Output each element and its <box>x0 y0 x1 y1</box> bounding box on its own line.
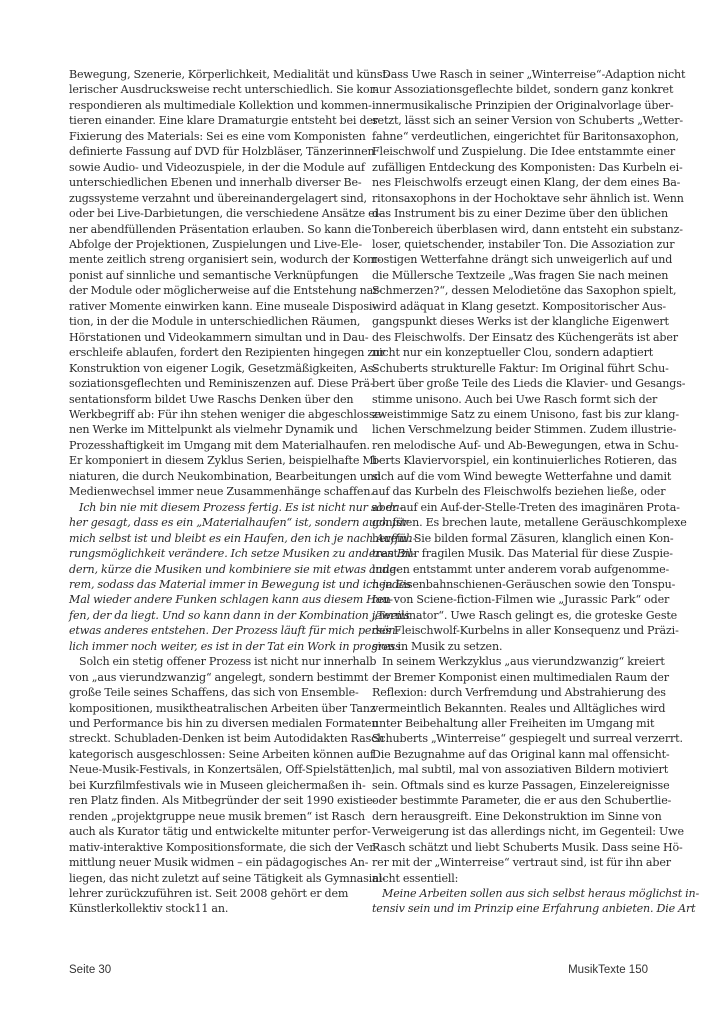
text-line: kategorisch ausgeschlossen: Seine Arbeit… <box>69 747 347 762</box>
text-line: wird adäquat in Klang gesetzt. Komposito… <box>372 299 647 314</box>
text-line: mativ-interaktive Kompositionsformate, d… <box>69 840 347 855</box>
text-line: Konstruktion von eigener Logik, Gesetzmä… <box>69 361 347 376</box>
text-line: Solch ein stetig offener Prozess ist nic… <box>69 654 347 669</box>
text-line: trast zur fragilen Musik. Das Material f… <box>372 546 647 561</box>
text-line: Tonbereich überblasen wird, dann entsteh… <box>372 222 647 237</box>
text-line: nur Assoziationsgeflechte bildet, sonder… <box>372 82 647 97</box>
text-line: Mal wieder andere Funken schlagen kann a… <box>69 592 347 607</box>
text-line: gonisten. Es brechen laute, metallene Ge… <box>372 515 647 530</box>
text-line: Abfolge der Projektionen, Zuspielungen u… <box>69 237 347 252</box>
text-line: rungsmöglichkeit verändere. Ich setze Mu… <box>69 546 347 561</box>
text-line: bert über große Teile des Lieds die Klav… <box>372 376 647 391</box>
text-line: Bewegung, Szenerie, Körperlichkeit, Medi… <box>69 67 347 82</box>
text-line: streckt. Schubladen-Denken ist beim Auto… <box>69 731 347 746</box>
text-line: mente zeitlich streng organisiert sein, … <box>69 252 347 267</box>
text-line: zugssysteme verzahnt und übereinandergel… <box>69 191 347 206</box>
text-line: stimme unisono. Auch bei Uwe Rasch formt… <box>372 392 647 407</box>
text-line: kompositionen, musiktheatralischen Arbei… <box>69 701 347 716</box>
text-line: niaturen, die durch Neukombination, Bear… <box>69 469 347 484</box>
text-line: innermusikalische Prinzipien der Origina… <box>372 98 647 113</box>
text-line: nen Werke im Mittelpunkt als vielmehr Dy… <box>69 422 347 437</box>
text-line: gangspunkt dieses Werks ist der klanglic… <box>372 314 647 329</box>
text-line: rativer Momente einwirken kann. Eine mus… <box>69 299 347 314</box>
text-line: herein. Sie bilden formal Zäsuren, klang… <box>372 531 647 546</box>
text-line: Rasch schätzt und liebt Schuberts Musik.… <box>372 840 647 855</box>
body-paragraph: Solch ein stetig offener Prozess ist nic… <box>69 654 347 917</box>
text-line: von „aus vierundzwanzig“ angelegt, sonde… <box>69 670 347 685</box>
text-line: oder bei Live-Darbietungen, die verschie… <box>69 206 347 221</box>
text-line: etwas anderes entstehen. Der Prozess läu… <box>69 623 347 638</box>
text-line: ritonsaxophons in der Hochoktave sehr äh… <box>372 191 647 206</box>
text-line: lichen Verschmelzung beider Stimmen. Zud… <box>372 422 647 437</box>
text-line: auch als Kurator tätig und entwickelte m… <box>69 824 347 839</box>
text-line: setzt, lässt sich an seiner Version von … <box>372 113 647 128</box>
text-line: Meine Arbeiten sollen aus sich selbst he… <box>372 886 647 901</box>
text-line: dern herausgreift. Eine Dekonstruktion i… <box>372 809 647 824</box>
text-line: tensiv sein und im Prinzip eine Erfahrun… <box>372 901 647 916</box>
text-line: unterschiedlichen Ebenen und innerhalb d… <box>69 175 347 190</box>
text-line: große Teile seines Schaffens, das sich v… <box>69 685 347 700</box>
text-line: Hörstationen und Videokammern simultan u… <box>69 330 347 345</box>
text-line: und Performance bis hin zu diversen medi… <box>69 716 347 731</box>
text-line: nicht nur ein konzeptueller Clou, sonder… <box>372 345 647 360</box>
page-number: Seite 30 <box>69 964 111 976</box>
publication-name: MusikTexte 150 <box>568 964 648 976</box>
text-line: Schuberts strukturelle Faktur: Im Origin… <box>372 361 647 376</box>
text-line: lerischer Ausdrucksweise recht unterschi… <box>69 82 347 97</box>
text-line: Er komponiert in diesem Zyklus Serien, b… <box>69 453 347 468</box>
text-line: Künstlerkollektiv stock11 an. <box>69 901 347 916</box>
body-paragraph: Bewegung, Szenerie, Körperlichkeit, Medi… <box>69 67 347 500</box>
text-line: Werkbegriff ab: Für ihn stehen weniger d… <box>69 407 347 422</box>
text-line: liegen, das nicht zuletzt auf seine Täti… <box>69 871 347 886</box>
text-line: mich selbst ist und bleibt es ein Haufen… <box>69 531 347 546</box>
body-paragraph: Dass Uwe Rasch in seiner „Winterreise“-A… <box>372 67 647 654</box>
text-line: Schuberts „Winterreise“ gespiegelt und s… <box>372 731 647 746</box>
text-line: des Fleischwolf-Kurbelns in aller Konseq… <box>372 623 647 638</box>
text-line: aber auf ein Auf-der-Stelle-Treten des i… <box>372 500 647 515</box>
text-line: Neue-Musik-Festivals, in Konzertsälen, O… <box>69 762 347 777</box>
text-line: berts Klaviervorspiel, ein kontinuierlic… <box>372 453 647 468</box>
text-line: der Bremer Komponist einen multimedialen… <box>372 670 647 685</box>
text-line: unter Beibehaltung aller Freiheiten im U… <box>372 716 647 731</box>
text-line: rer mit der „Winterreise“ vertraut sind,… <box>372 855 647 870</box>
text-line: her gesagt, dass es ein „Materialhaufen“… <box>69 515 347 530</box>
text-line: renden „projektgruppe neue musik bremen“… <box>69 809 347 824</box>
text-line: sion in Musik zu setzen. <box>372 639 647 654</box>
text-line: soziationsgeflechten und Reminiszenzen a… <box>69 376 347 391</box>
quote-paragraph: Ich bin nie mit diesem Prozess fertig. E… <box>69 500 347 655</box>
text-line: Medienwechsel immer neue Zusammenhänge s… <box>69 484 347 499</box>
text-line: der Module oder möglicherweise auf die E… <box>69 283 347 298</box>
text-line: auf das Kurbeln des Fleischwolfs beziehe… <box>372 484 647 499</box>
text-line: des Fleischwolfs. Der Einsatz des Küchen… <box>372 330 647 345</box>
text-line: ner abendfüllenden Präsentation erlauben… <box>69 222 347 237</box>
text-line: lungen entstammt unter anderem vorab auf… <box>372 562 647 577</box>
text-line: die Müllersche Textzeile „Was fragen Sie… <box>372 268 647 283</box>
text-line: dern, kürze die Musiken und kombiniere s… <box>69 562 347 577</box>
text-line: Schmerzen?“, dessen Melodietöne das Saxo… <box>372 283 647 298</box>
text-line: nicht essentiell: <box>372 871 647 886</box>
text-line: zufälligen Entdeckung des Komponisten: D… <box>372 160 647 175</box>
text-line: lehrer zurückzuführen ist. Seit 2008 geh… <box>69 886 347 901</box>
text-line: rem, sodass das Material immer in Bewegu… <box>69 577 347 592</box>
text-line: Dass Uwe Rasch in seiner „Winterreise“-A… <box>372 67 647 82</box>
text-line: „Terminator“. Uwe Rasch gelingt es, die … <box>372 608 647 623</box>
text-line: ponist auf sinnliche und semantische Ver… <box>69 268 347 283</box>
text-line: ren von Sciene-fiction-Filmen wie „Juras… <box>372 592 647 607</box>
quote-paragraph: Meine Arbeiten sollen aus sich selbst he… <box>372 886 647 917</box>
text-line: nen Eisenbahnschienen-Geräuschen sowie d… <box>372 577 647 592</box>
text-line: erschleife ablaufen, fordert den Rezipie… <box>69 345 347 360</box>
text-line: Fixierung des Materials: Sei es eine vom… <box>69 129 347 144</box>
text-line: In seinem Werkzyklus „aus vierundzwanzig… <box>372 654 647 669</box>
left-text-column: Bewegung, Szenerie, Körperlichkeit, Medi… <box>69 67 347 917</box>
text-line: loser, quietschender, instabiler Ton. Di… <box>372 237 647 252</box>
text-line: ren Platz finden. Als Mitbegründer der s… <box>69 793 347 808</box>
right-text-column: Dass Uwe Rasch in seiner „Winterreise“-A… <box>372 67 647 917</box>
text-line: sich auf die vom Wind bewegte Wetterfahn… <box>372 469 647 484</box>
text-line: Verweigerung ist das allerdings nicht, i… <box>372 824 647 839</box>
text-line: Fleischwolf und Zuspielung. Die Idee ent… <box>372 144 647 159</box>
text-line: tieren einander. Eine klare Dramaturgie … <box>69 113 347 128</box>
text-line: fahne“ verdeutlichen, eingerichtet für B… <box>372 129 647 144</box>
text-line: bei Kurzfilmfestivals wie in Museen glei… <box>69 778 347 793</box>
text-line: Die Bezugnahme auf das Original kann mal… <box>372 747 647 762</box>
text-line: ren melodische Auf- und Ab-Bewegungen, e… <box>372 438 647 453</box>
document-page: Bewegung, Szenerie, Körperlichkeit, Medi… <box>0 0 724 1024</box>
text-line: nes Fleischwolfs erzeugt einen Klang, de… <box>372 175 647 190</box>
text-line: mittlung neuer Musik widmen – ein pädago… <box>69 855 347 870</box>
text-line: lich, mal subtil, mal von assoziativen B… <box>372 762 647 777</box>
body-paragraph: In seinem Werkzyklus „aus vierundzwanzig… <box>372 654 647 886</box>
text-line: lich immer noch weiter, es ist in der Ta… <box>69 639 347 654</box>
text-line: respondieren als multimediale Kollektion… <box>69 98 347 113</box>
text-line: Ich bin nie mit diesem Prozess fertig. E… <box>69 500 347 515</box>
text-line: sentationsform bildet Uwe Raschs Denken … <box>69 392 347 407</box>
text-line: Reflexion: durch Verfremdung und Abstrah… <box>372 685 647 700</box>
text-line: tion, in der die Module in unterschiedli… <box>69 314 347 329</box>
text-line: sein. Oftmals sind es kurze Passagen, Ei… <box>372 778 647 793</box>
text-line: sowie Audio- und Videozuspiele, in der d… <box>69 160 347 175</box>
text-line: definierte Fassung auf DVD für Holzbläse… <box>69 144 347 159</box>
text-line: oder bestimmte Parameter, die er aus den… <box>372 793 647 808</box>
text-line: vermeintlich Bekannten. Reales und Alltä… <box>372 701 647 716</box>
text-line: rostigen Wetterfahne drängt sich unweige… <box>372 252 647 267</box>
text-line: Prozesshaftigkeit im Umgang mit dem Mate… <box>69 438 347 453</box>
text-line: das Instrument bis zu einer Dezime über … <box>372 206 647 221</box>
text-line: fen, der da liegt. Und so kann dann in d… <box>69 608 347 623</box>
text-line: zweistimmige Satz zu einem Unisono, fast… <box>372 407 647 422</box>
